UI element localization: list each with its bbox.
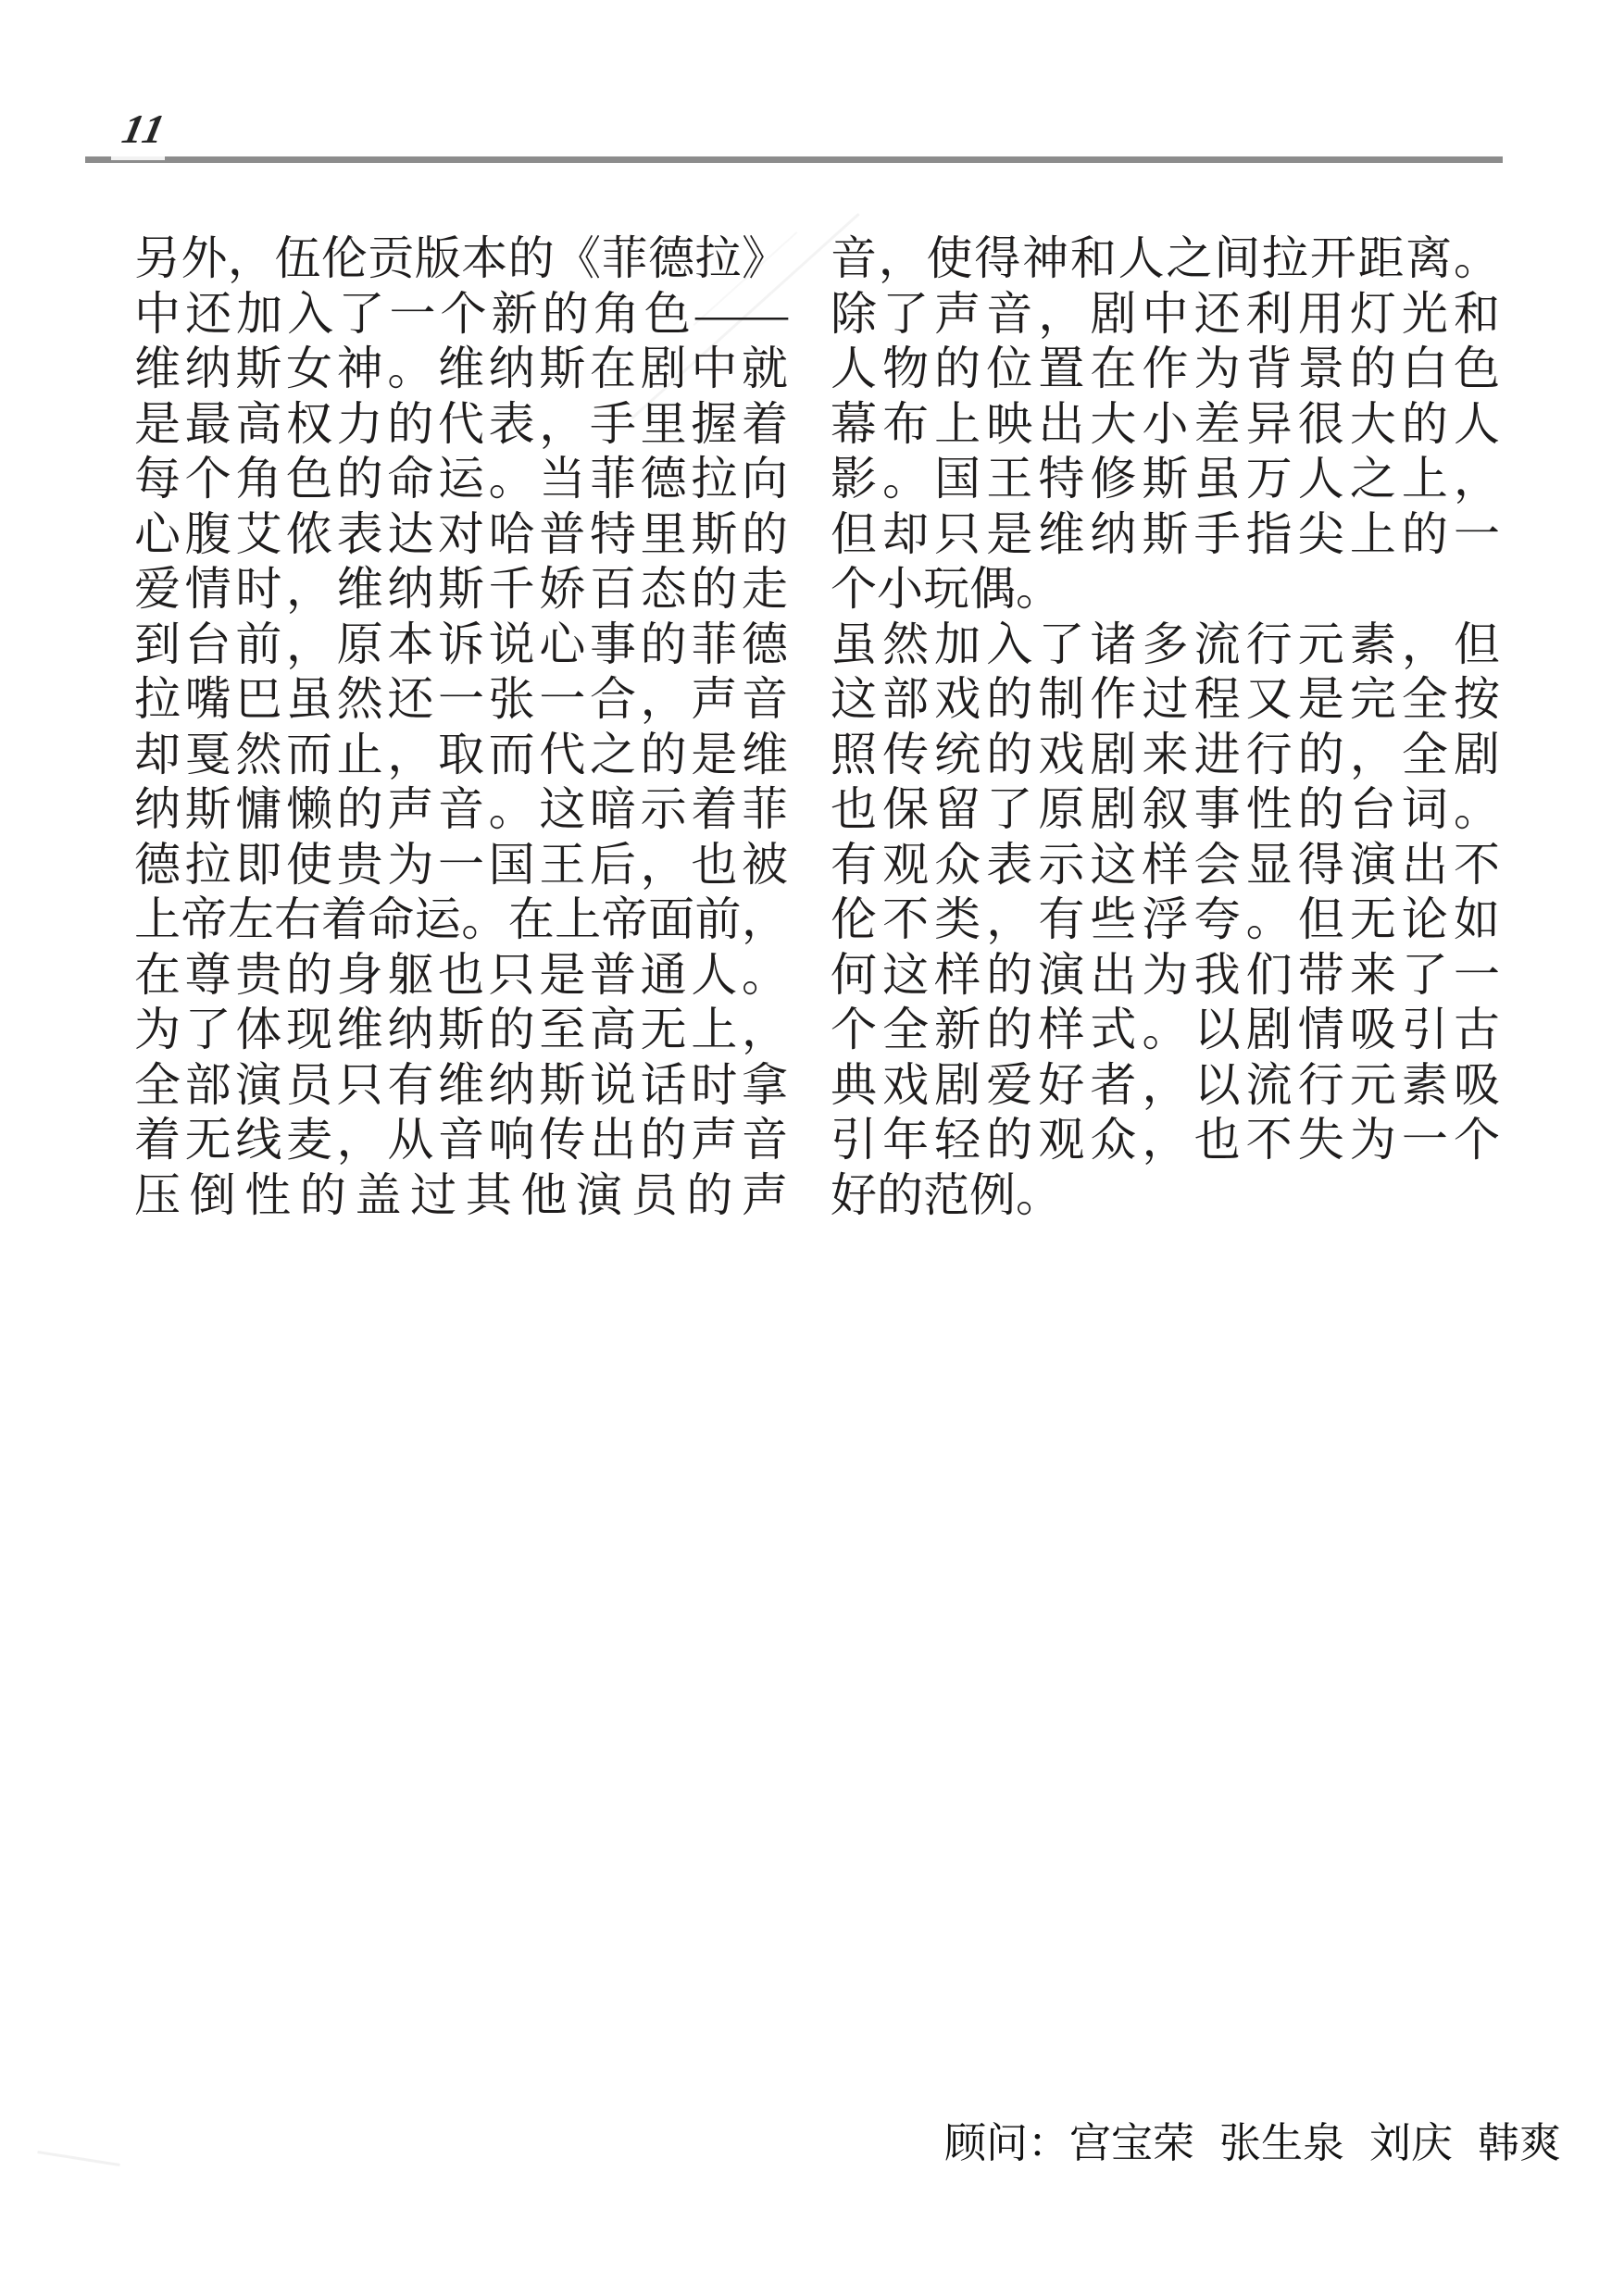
text-line: 影。国王特修斯虽万人之上， [831,452,1500,507]
scan-artifact-corner [37,2151,119,2166]
header-divider-line [85,156,1503,163]
text-line: 在尊贵的身躯也只是普通人。 [134,948,788,1004]
text-line: 爱情时，维纳斯千娇百态的走 [134,562,788,618]
page-number: 11 [119,109,169,150]
text-line: 典戏剧爱好者，以流行元素吸 [831,1058,1500,1114]
text-line: 每个角色的命运。当菲德拉向 [134,452,788,507]
text-line: 却戛然而止，取而代之的是维 [134,728,788,783]
text-line: 除了声音，剧中还利用灯光和 [831,287,1500,343]
text-line: 到台前，原本诉说心事的菲德 [134,618,788,673]
text-line: 音，使得神和人之间拉开距离。 [831,231,1500,287]
text-line: 有观众表示这样会显得演出不 [831,838,1500,893]
text-line: 何这样的演出为我们带来了一 [831,948,1500,1004]
text-line: 幕布上映出大小差异很大的人 [831,397,1500,453]
text-line: 着无线麦，从音响传出的声音 [134,1113,788,1168]
text-line: 但却只是维纳斯手指尖上的一 [831,507,1500,563]
text-line: 拉嘴巴虽然还一张一合，声音 [134,672,788,728]
text-line: 中还加入了一个新的角色—— [134,287,788,343]
article-column-right: 音，使得神和人之间拉开距离。除了声音，剧中还利用灯光和人物的位置在作为背景的白色… [831,231,1500,1223]
text-line: 好的范例。 [831,1168,1500,1224]
text-line: 是最高权力的代表，手里握着 [134,397,788,453]
text-line: 压倒性的盖过其他演员的声 [134,1168,788,1224]
text-line: 个小玩偶。 [831,562,1500,618]
text-line: 人物的位置在作为背景的白色 [831,342,1500,397]
text-line: 上帝左右着命运。在上帝面前， [134,892,788,948]
article-column-left: 另外，伍伦贡版本的《菲德拉》中还加入了一个新的角色——维纳斯女神。维纳斯在剧中就… [134,231,788,1223]
text-line: 也保留了原剧叙事性的台词。 [831,782,1500,838]
text-line: 纳斯慵懒的声音。这暗示着菲 [134,782,788,838]
text-line: 心腹艾侬表达对哈普特里斯的 [134,507,788,563]
magazine-page: 11 另外，伍伦贡版本的《菲德拉》中还加入了一个新的角色——维纳斯女神。维纳斯在… [0,0,1624,2296]
text-line: 为了体现维纳斯的至高无上， [134,1003,788,1058]
text-line: 伦不类，有些浮夸。但无论如 [831,892,1500,948]
text-line: 德拉即使贵为一国王后，也被 [134,838,788,893]
header-divider-notch [111,156,165,160]
text-line: 引年轻的观众，也不失为一个 [831,1113,1500,1168]
text-line: 另外，伍伦贡版本的《菲德拉》 [134,231,788,287]
text-line: 全部演员只有维纳斯说话时拿 [134,1058,788,1114]
advisors-credit-line: 顾问：宫宝荣 张生泉 刘庆 韩爽 [944,2118,1537,2168]
text-line: 虽然加入了诸多流行元素，但 [831,618,1500,673]
text-line: 这部戏的制作过程又是完全按 [831,672,1500,728]
text-line: 照传统的戏剧来进行的，全剧 [831,728,1500,783]
text-line: 维纳斯女神。维纳斯在剧中就 [134,342,788,397]
text-line: 个全新的样式。以剧情吸引古 [831,1003,1500,1058]
